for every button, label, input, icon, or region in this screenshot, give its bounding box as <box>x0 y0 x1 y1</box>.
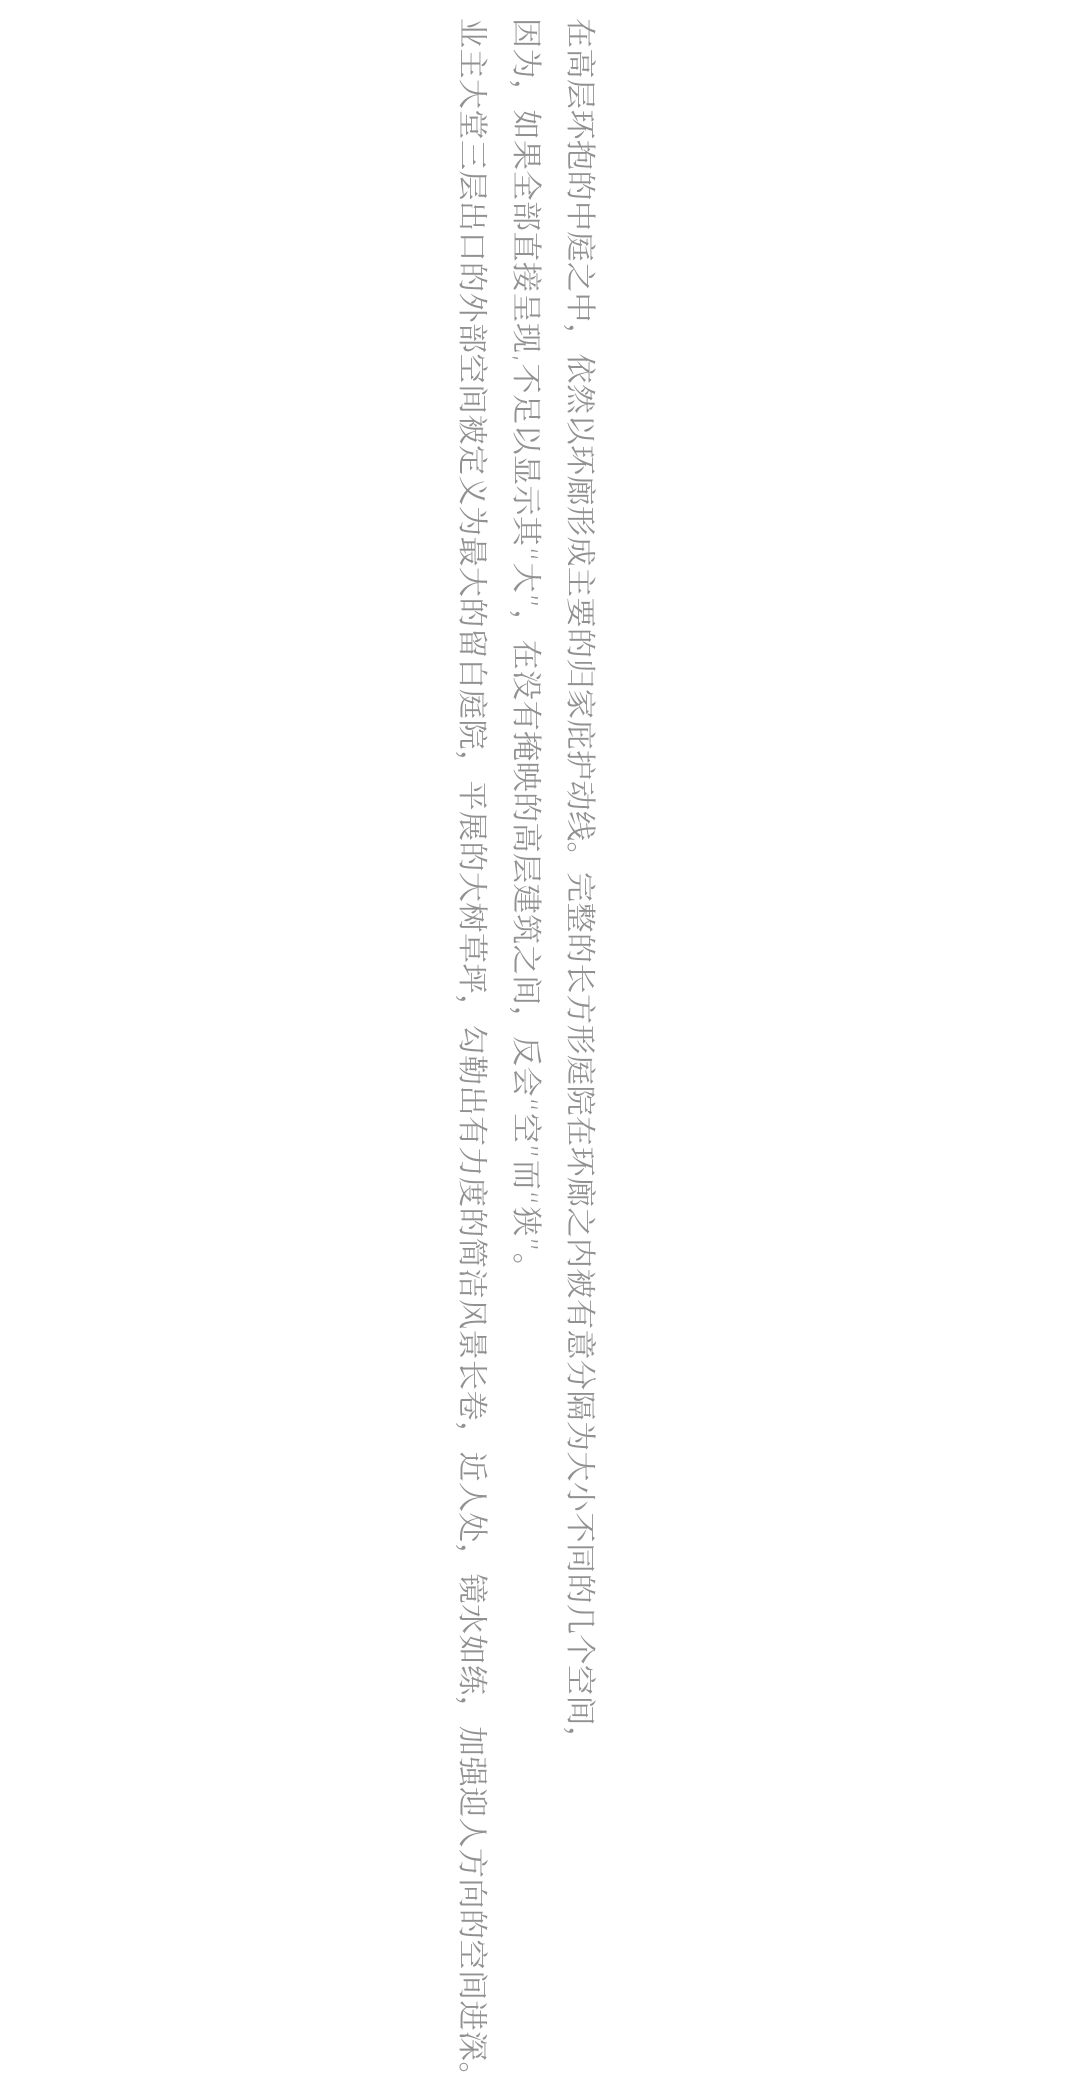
rotated-paragraph-block: 在高层环抱的中庭之中，依然以环廊形成主要的归家庇护动线。完整的长方形庭院在环廊之… <box>444 18 606 2088</box>
paragraph-line-3: 业主大堂三层出口的外部空间被定义为最大的留白庭院，平展的大树草坪，勾勒出有力度的… <box>444 18 498 2088</box>
paragraph-line-2: 因为，如果全部直接呈现,不足以显示其“大”，在没有掩映的高层建筑之间，反会“空”… <box>498 18 552 2088</box>
paragraph-line-1: 在高层环抱的中庭之中，依然以环廊形成主要的归家庇护动线。完整的长方形庭院在环廊之… <box>552 18 606 2088</box>
page: 在高层环抱的中庭之中，依然以环廊形成主要的归家庇护动线。完整的长方形庭院在环廊之… <box>0 0 1080 2094</box>
